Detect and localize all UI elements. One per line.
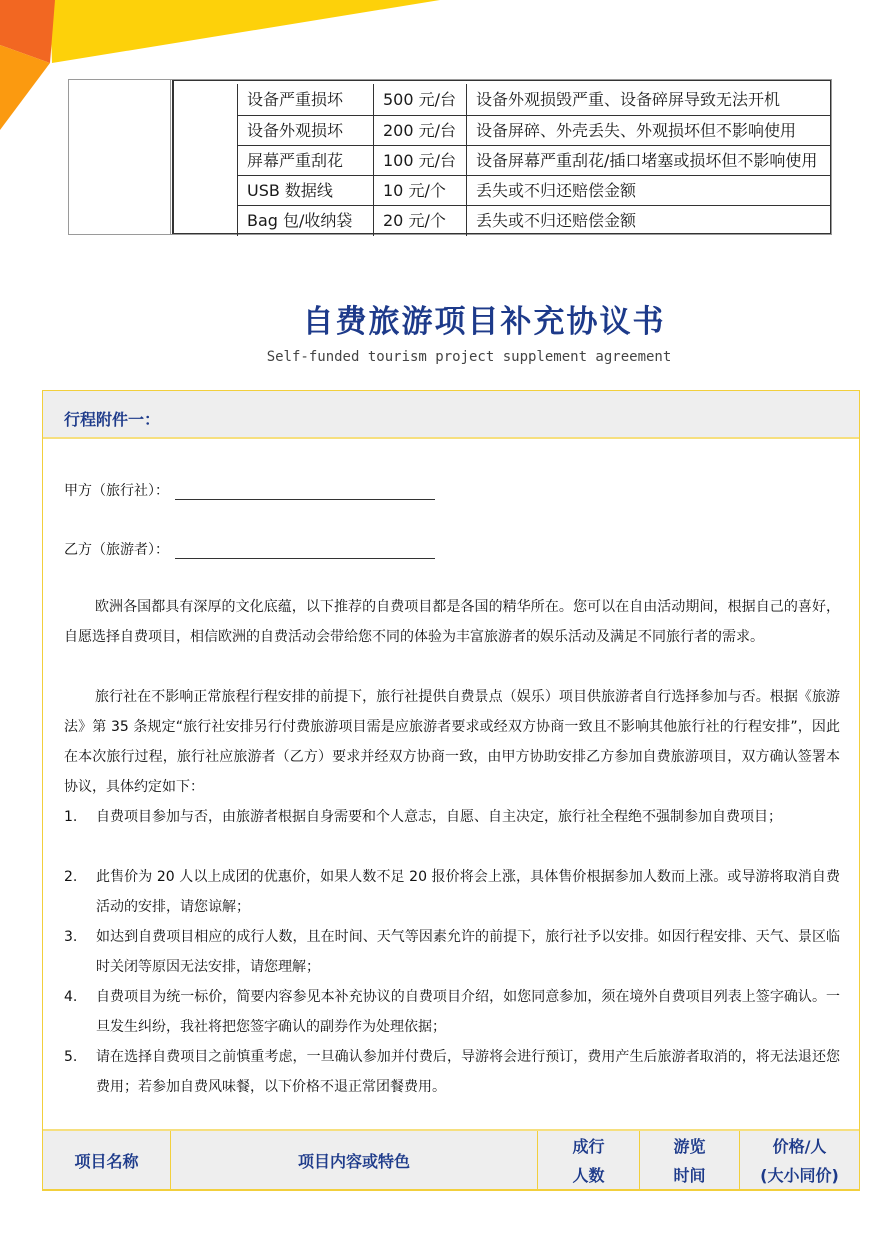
table-row: 设备严重损坏 500 元/台 设备外观损毁严重、设备碎屏导致无法开机 [237,84,830,115]
item-cell: USB 数据线 [237,175,373,206]
section-header [43,391,859,439]
table-row: 设备外观损坏 200 元/台 设备屏碎、外壳丢失、外观损坏但不影响使用 [237,115,830,146]
term-item: 1. 自费项目参加与否，由旅游者根据自身需要和个人意志，自愿、自主决定，旅行社全… [64,802,840,832]
project-table-header: 项目名称 项目内容或特色 成行 人数 游览 时间 价格/人 (大小同价) [43,1129,859,1191]
term-number: 4. [64,982,94,1012]
term-number: 5. [64,1042,94,1072]
table-row: 屏幕严重刮花 100 元/台 设备屏幕严重刮花/插口堵塞或损坏但不影响使用 [237,145,830,176]
term-item: 4. 自费项目为统一标价，简要内容参见本补充协议的自费项目介绍，如您同意参加，须… [64,982,840,1042]
item-cell: 设备严重损坏 [237,84,373,115]
term-number: 1. [64,802,94,832]
column-duration: 游览 时间 [640,1131,740,1191]
party-b-label: 乙方（旅游者）： [64,539,169,559]
column-label: 游览 [673,1132,705,1161]
party-a-field[interactable]: 甲方（旅行社）： [64,480,435,500]
price-cell: 10 元/个 [373,175,466,206]
price-cell: 200 元/台 [373,115,466,146]
column-label: 项目名称 [74,1147,138,1176]
column-label: 价格/人 [773,1132,827,1161]
item-cell: 设备外观损坏 [237,115,373,146]
term-item: 3. 如达到自费项目相应的成行人数，且在时间、天气等因素允许的前提下，旅行社予以… [64,922,840,982]
table-row: USB 数据线 10 元/个 丢失或不归还赔偿金额 [237,175,830,206]
price-cell: 100 元/台 [373,145,466,176]
column-label: 人数 [572,1161,604,1190]
column-label: (大小同价) [760,1161,839,1190]
description-cell: 设备屏碎、外壳丢失、外观损坏但不影响使用 [466,115,830,146]
column-label: 时间 [673,1161,705,1190]
term-number: 3. [64,922,94,952]
description-cell: 设备外观损毁严重、设备碎屏导致无法开机 [466,84,830,115]
term-text: 请在选择自费项目之前慎重考虑，一旦确认参加并付费后，导游将会进行预订，费用产生后… [96,1042,840,1102]
description-cell: 丢失或不归还赔偿金额 [466,205,830,236]
column-min-people: 成行 人数 [538,1131,640,1191]
column-label: 成行 [572,1132,604,1161]
item-cell: Bag 包/收纳袋 [237,205,373,236]
term-item: 5. 请在选择自费项目之前慎重考虑，一旦确认参加并付费后，导游将会进行预订，费用… [64,1042,840,1102]
column-label: 项目内容或特色 [298,1147,410,1176]
term-text: 如达到自费项目相应的成行人数，且在时间、天气等因素允许的前提下，旅行社予以安排。… [96,922,840,982]
term-text: 此售价为 20 人以上成团的优惠价，如果人数不足 20 报价将会上涨，具体售价根… [96,862,840,922]
intro-paragraph: 欧洲各国都具有深厚的文化底蕴，以下推荐的自费项目都是各国的精华所在。您可以在自由… [64,592,840,652]
term-number: 2. [64,862,94,892]
party-b-field[interactable]: 乙方（旅游者）： [64,539,435,559]
legal-paragraph: 旅行社在不影响正常旅程行程安排的前提下，旅行社提供自费景点（娱乐）项目供旅游者自… [64,682,840,802]
column-project-name: 项目名称 [43,1131,171,1191]
table-bottom-border [42,1189,860,1191]
party-b-signature-line[interactable] [175,544,435,559]
price-cell: 20 元/个 [373,205,466,236]
section-label: 行程附件一： [64,407,160,430]
table-divider [170,80,171,234]
price-cell: 500 元/台 [373,84,466,115]
term-item: 2. 此售价为 20 人以上成团的优惠价，如果人数不足 20 报价将会上涨，具体… [64,862,840,922]
page-title: 自费旅游项目补充协议书 [0,296,888,341]
party-a-label: 甲方（旅行社）： [64,480,169,500]
column-project-content: 项目内容或特色 [171,1131,538,1191]
description-cell: 设备屏幕严重刮花/插口堵塞或损坏但不影响使用 [466,145,830,176]
column-price: 价格/人 (大小同价) [740,1131,859,1191]
table-row: Bag 包/收纳袋 20 元/个 丢失或不归还赔偿金额 [237,205,830,236]
description-cell: 丢失或不归还赔偿金额 [466,175,830,206]
term-text: 自费项目为统一标价，简要内容参见本补充协议的自费项目介绍，如您同意参加，须在境外… [96,982,840,1042]
party-a-signature-line[interactable] [175,485,435,500]
term-text: 自费项目参加与否，由旅游者根据自身需要和个人意志，自愿、自主决定，旅行社全程绝不… [96,802,840,832]
page-subtitle: Self-funded tourism project supplement a… [0,349,888,365]
item-cell: 屏幕严重刮花 [237,145,373,176]
